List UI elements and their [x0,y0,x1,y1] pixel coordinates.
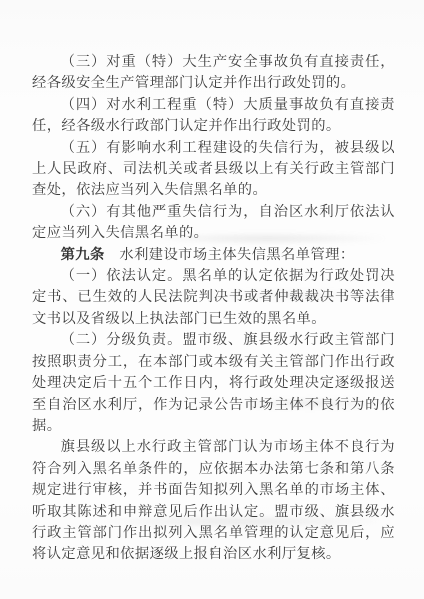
page-number: 5 [0,547,424,557]
paragraph: （二）分级负责。盟市级、旗县级水行政主管部门按照职责分工，在本部门或本级有关主管… [32,330,395,437]
paragraph: （五）有影响水利工程建设的失信行为，被县级以上人民政府、司法机关或者县级以上有关… [32,138,395,202]
paragraph: （一）依法认定。黑名单的认定依据为行政处罚决定书、已生效的人民法院判决书或者仲裁… [32,266,395,330]
article-number: 第九条 [61,247,105,263]
paragraph: （六）有其他严重失信行为，自治区水利厅依法认定应当列入失信黑名单的。 [32,202,395,245]
paragraph: （三）对重（特）大生产安全事故负有直接责任，经各级安全生产管理部门认定并作出行政… [32,52,395,95]
document-page: （三）对重（特）大生产安全事故负有直接责任，经各级安全生产管理部门认定并作出行政… [0,0,424,599]
paragraph: （四）对水利工程重（特）大质量事故负有直接责任，经各级水行政部门认定并作出行政处… [32,95,395,138]
paragraph: 第九条 水利建设市场主体失信黑名单管理： [32,245,395,266]
document-body: （三）对重（特）大生产安全事故负有直接责任，经各级安全生产管理部门认定并作出行政… [32,52,395,566]
